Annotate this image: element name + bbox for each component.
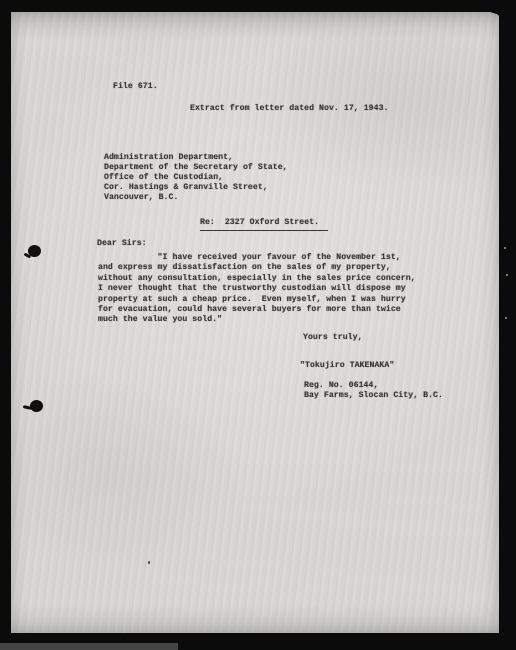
file-number: File 671. <box>113 82 158 92</box>
scan-bottom-strip <box>0 643 178 650</box>
scanned-letter-page: { "page": { "file_number": "File 671.", … <box>0 0 516 650</box>
scan-dust-speck <box>504 247 506 249</box>
closing: Yours truly, <box>303 333 363 343</box>
ink-speck <box>148 561 150 564</box>
letter-paper: File 671. Extract from letter dated Nov.… <box>11 12 499 633</box>
signature-name: "Tokujiro TAKENAKA" <box>300 361 394 371</box>
extract-note: Extract from letter dated Nov. 17, 1943. <box>190 104 389 114</box>
salutation: Dear Sirs: <box>97 239 147 249</box>
letter-body: "I have received your favour of the Nove… <box>98 253 416 326</box>
scan-dust-speck <box>505 317 507 319</box>
hole-punch-mark-top <box>28 245 41 257</box>
scan-dust-speck <box>506 274 508 276</box>
hole-punch-mark-bottom <box>30 400 43 412</box>
recipient-address: Administration Department,Department of … <box>104 153 288 203</box>
subject-line: Re: 2327 Oxford Street. <box>200 218 328 231</box>
signature-details: Reg. No. 06144,Bay Farms, Slocan City, B… <box>304 381 443 401</box>
